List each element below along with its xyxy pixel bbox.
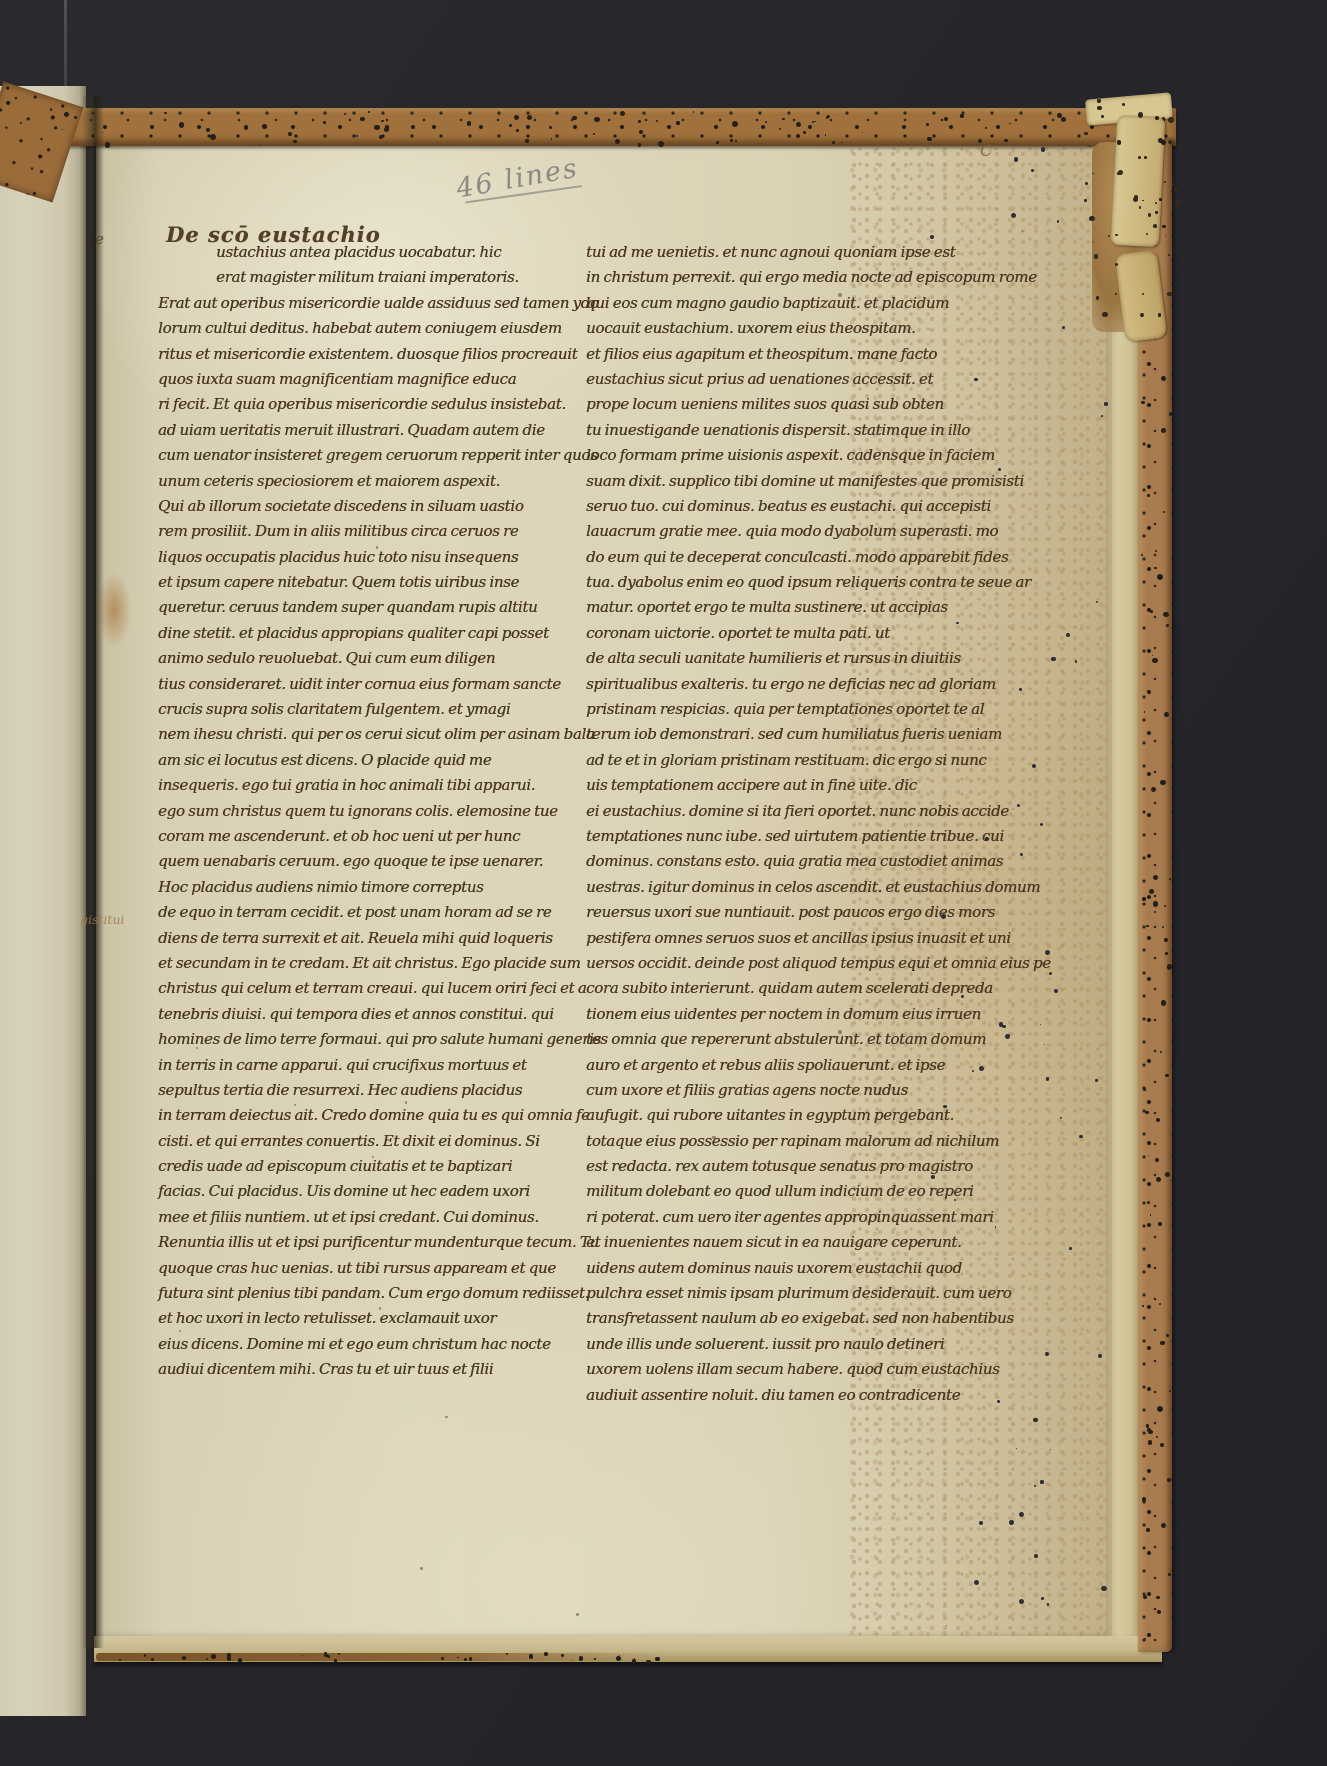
manuscript-line: liquos occupatis placidus huic toto nisu…: [158, 545, 550, 570]
ink-speckle: [732, 121, 738, 127]
manuscript-line: ego sum christus quem tu ignorans colis.…: [158, 799, 550, 824]
manuscript-line: do eum qui te deceperat conculcasti. mod…: [586, 545, 964, 570]
ink-speckle: [1168, 1573, 1170, 1575]
ink-speckle: [529, 1654, 534, 1659]
ink-speckle: [1138, 156, 1141, 159]
manuscript-line: homines de limo terre formaui. qui pro s…: [158, 1027, 550, 1052]
ink-speckle: [1019, 1599, 1024, 1604]
manuscript-line: et ipsum capere nitebatur. Quem totis ui…: [158, 570, 550, 595]
ink-speckle: [334, 1659, 337, 1662]
manuscript-line: mee et filiis nuntiem. ut et ipsi credan…: [158, 1205, 550, 1230]
manuscript-line: uis temptationem accipere aut in fine ui…: [586, 773, 964, 798]
manuscript-line: uersos occidit. deinde post aliquod temp…: [586, 951, 964, 976]
ink-speckle: [323, 121, 326, 124]
ink-speckle: [1092, 173, 1093, 174]
manuscript-line: ri fecit. Et quia operibus misericordie …: [158, 392, 550, 417]
ink-speckle: [1153, 901, 1158, 906]
manuscript-line: quos iuxta suam magnificentiam magnifice…: [158, 367, 550, 392]
manuscript-line: rem prosiliit. Dum in aliis militibus ci…: [158, 519, 550, 544]
ink-speckle: [1032, 764, 1037, 769]
ink-speckle: [1089, 145, 1091, 147]
manuscript-line: et inuenientes nauem sicut in ea nauigar…: [586, 1230, 964, 1255]
ink-speckle: [616, 1656, 621, 1661]
ink-speckle: [961, 995, 964, 998]
ink-speckle: [1148, 1430, 1153, 1435]
ink-speckle: [1047, 1603, 1050, 1606]
ink-speckle: [1101, 115, 1104, 118]
ink-speckle: [1160, 1051, 1162, 1053]
top-leather-edge: [0, 108, 1176, 146]
ink-speckle: [997, 1400, 1000, 1403]
ink-speckle: [979, 1066, 984, 1071]
ink-speckle: [1084, 199, 1087, 202]
ink-speckle: [1117, 140, 1122, 145]
ink-speckle: [260, 144, 261, 145]
ink-speckle: [1142, 897, 1145, 900]
ink-speckle: [716, 141, 720, 145]
ink-speckle: [1095, 1079, 1097, 1081]
manuscript-line: unum ceteris speciosiorem et maiorem asp…: [158, 469, 550, 494]
ink-speckle: [1155, 1158, 1159, 1162]
ink-speckle: [1160, 780, 1165, 785]
manuscript-line: et secundam in te credam. Et ait christu…: [158, 951, 550, 976]
ink-speckle: [796, 134, 800, 138]
ink-speckle: [1005, 1034, 1010, 1039]
gutter-shadow: [82, 96, 104, 1648]
manuscript-line: Qui ab illorum societate discedens in si…: [158, 494, 550, 519]
underleaf-edge: [1106, 146, 1140, 1648]
ink-speckle: [1101, 1586, 1106, 1591]
manuscript-line: dine stetit. et placidus appropians qual…: [158, 621, 550, 646]
manuscript-line: cora subito interierunt. quidam autem sc…: [586, 976, 964, 1001]
manuscript-line: in christum perrexit. qui ergo media noc…: [586, 265, 964, 290]
ink-speckle: [429, 1036, 432, 1039]
ink-speckle: [1140, 313, 1144, 317]
manuscript-line: eius dicens. Domine mi et ego eum christ…: [158, 1332, 550, 1357]
ink-speckle: [1141, 554, 1143, 556]
ink-speckle: [1101, 415, 1103, 417]
ink-speckle: [943, 1105, 947, 1109]
ink-speckle: [1168, 254, 1170, 256]
ink-speckle: [238, 1658, 242, 1662]
manuscript-line: pulchra esset nimis ipsam plurimum desid…: [586, 1281, 964, 1306]
ink-speckle: [376, 546, 378, 548]
ink-speckle: [516, 129, 519, 132]
ink-speckle: [1011, 213, 1016, 218]
manuscript-line: sepultus tertia die resurrexi. Hec audie…: [158, 1078, 550, 1103]
ink-speckle: [985, 127, 987, 129]
ink-speckle: [972, 1070, 974, 1072]
ink-speckle: [1066, 633, 1070, 637]
manuscript-line: Erat aut operibus misericordie ualde ass…: [158, 291, 550, 316]
ink-speckle: [1019, 1512, 1024, 1517]
ink-speckle: [1062, 326, 1065, 329]
ink-speckle: [1142, 1497, 1146, 1501]
ink-speckle: [288, 132, 292, 136]
manuscript-line: christus qui celum et terram creaui. qui…: [158, 976, 550, 1001]
manuscript-line: audiui dicentem mihi. Cras tu et uir tuu…: [158, 1357, 550, 1382]
manuscript-line: credis uade ad episcopum ciuitatis et te…: [158, 1154, 550, 1179]
ink-speckle: [646, 1660, 650, 1664]
ink-speckle: [196, 1047, 198, 1049]
ink-speckle: [1156, 1118, 1160, 1122]
ink-speckle: [974, 378, 978, 382]
ink-speckle: [1145, 1111, 1148, 1114]
manuscript-line: uxorem uolens illam secum habere. quod c…: [586, 1357, 964, 1382]
ink-speckle: [1161, 1523, 1166, 1528]
ink-speckle: [1115, 293, 1117, 295]
ink-speckle: [1117, 172, 1120, 175]
ink-speckle: [1165, 952, 1168, 955]
ink-speckle: [211, 1654, 216, 1659]
ink-speckle: [1108, 235, 1110, 237]
ink-speckle: [469, 1657, 472, 1660]
manuscript-line: Hoc placidus audiens nimio timore correp…: [158, 875, 550, 900]
ink-speckle: [1102, 312, 1108, 318]
ink-speckle: [985, 837, 989, 841]
ink-speckle: [1022, 231, 1023, 232]
manuscript-line: militum dolebant eo quod ullum indicium …: [586, 1179, 964, 1204]
ink-speckle: [1172, 183, 1174, 185]
ink-speckle: [227, 1657, 231, 1661]
ink-speckle: [1155, 116, 1159, 120]
manuscript-line: unde illis unde soluerent. iussit pro na…: [586, 1332, 964, 1357]
manuscript-line: coram me ascenderunt. et ob hoc ueni ut …: [158, 824, 550, 849]
margin-note: gistitui: [80, 912, 125, 927]
ink-speckle: [1138, 112, 1143, 117]
ink-speckle: [1040, 1480, 1043, 1483]
manuscript-line: ad uiam ueritatis meruit illustrari. Qua…: [158, 418, 550, 443]
manuscript-line: matur. oportet ergo te multa sustinere. …: [586, 595, 964, 620]
ink-speckle: [1033, 1418, 1038, 1423]
manuscript-line: tes omnia que repererunt abstulerunt. et…: [586, 1027, 964, 1052]
ink-speckle: [954, 1199, 956, 1201]
manuscript-line: quoque cras huc uenias. ut tibi rursus a…: [158, 1256, 550, 1281]
ink-speckle: [956, 622, 958, 624]
manuscript-line: tua. dyabolus enim eo quod ipsum relique…: [586, 570, 964, 595]
worn-corner-tab: [1111, 115, 1166, 247]
manuscript-line: cisti. et qui errantes conuertis. Et dix…: [158, 1129, 550, 1154]
manuscript-line: Renuntia illis ut et ipsi purificentur m…: [158, 1230, 550, 1255]
manuscript-line: suam dixit. supplico tibi domine ut mani…: [586, 469, 964, 494]
manuscript-line: nem ihesu christi. qui per os cerui sicu…: [158, 722, 550, 747]
manuscript-line: ad te et in gloriam pristinam restituam.…: [586, 748, 964, 773]
ink-speckle: [941, 914, 946, 919]
manuscript-line: insequeris. ego tui gratia in hoc animal…: [158, 773, 550, 798]
manuscript-line: pristinam respicias. quia per temptation…: [586, 697, 964, 722]
ink-speckle: [551, 138, 552, 139]
ink-speckle: [1155, 211, 1157, 213]
ink-speckle: [74, 116, 76, 118]
manuscript-line: am sic ei locutus est dicens. O placide …: [158, 748, 550, 773]
manuscript-line: aufugit. qui rubore uitantes in egyptum …: [586, 1103, 964, 1128]
manuscript-line: qui eos cum magno gaudio baptizauit. et …: [586, 291, 964, 316]
manuscript-line: lauacrum gratie mee. quia modo dyabolum …: [586, 519, 964, 544]
manuscript-line: de alta seculi uanitate humilieris et ru…: [586, 646, 964, 671]
manuscript-line: futura sint plenius tibi pandam. Cum erg…: [158, 1281, 550, 1306]
ink-speckle: [206, 1658, 208, 1660]
manuscript-line: de equo in terram cecidit. et post unam …: [158, 900, 550, 925]
ink-speckle: [1017, 804, 1020, 807]
ink-speckle: [467, 121, 471, 125]
ink-speckle: [1141, 401, 1145, 405]
ink-speckle: [707, 963, 708, 964]
ink-speckle: [593, 133, 595, 135]
manuscript-line: ritus et misericordie existentem. duosqu…: [158, 342, 550, 367]
manuscript-line: in terram deiectus ait. Credo domine qui…: [158, 1103, 550, 1128]
ink-speckle: [757, 659, 760, 662]
manuscript-line: ei eustachius. domine si ita fieri oport…: [586, 799, 964, 824]
ink-speckle: [1180, 147, 1183, 150]
ink-speckle: [262, 124, 267, 129]
text-column-left: ustachius antea placidus uocabatur. hice…: [158, 240, 550, 1383]
ink-speckle: [1161, 428, 1166, 433]
ink-speckle: [1164, 712, 1169, 717]
manuscript-line: tius consideraret. uidit inter cornua ei…: [158, 672, 550, 697]
manuscript-line: animo sedulo reuoluebat. Qui cum eum dil…: [158, 646, 550, 671]
ink-speckle: [1175, 200, 1181, 206]
ink-speckle: [1104, 402, 1107, 405]
ink-speckle: [1144, 1638, 1146, 1640]
ink-speckle: [1009, 1520, 1014, 1525]
ink-speckle: [1180, 258, 1183, 261]
manuscript-line: erat magister militum traiani imperatori…: [158, 265, 550, 290]
ink-speckle: [249, 1226, 250, 1227]
manuscript-line: temptationes nunc iube. sed uirtutem pat…: [586, 824, 964, 849]
ink-speckle: [594, 117, 599, 122]
manuscript-line: coronam uictorie. oportet te multa pati.…: [586, 621, 964, 646]
manuscript-line: ri poterat. cum uero iter agentes approp…: [586, 1205, 964, 1230]
manuscript-line: audiuit assentire noluit. diu tamen eo c…: [586, 1383, 964, 1408]
manuscript-line: facias. Cui placidus. Uis domine ut hec …: [158, 1179, 550, 1204]
manuscript-line: diens de terra surrexit et ait. Reuela m…: [158, 926, 550, 951]
ink-speckle: [730, 139, 733, 142]
ink-speckle: [926, 123, 929, 126]
manuscript-line: tui ad me uenietis. et nunc agnoui quoni…: [586, 240, 964, 265]
ink-speckle: [1155, 550, 1157, 552]
manuscript-line: transfretassent naulum ab eo exigebat. s…: [586, 1306, 964, 1331]
facing-page-edge: [0, 86, 86, 1716]
ink-speckle: [676, 121, 679, 124]
ink-speckle: [931, 1175, 935, 1179]
ink-speckle: [862, 132, 863, 133]
ink-speckle: [1154, 567, 1156, 569]
manuscript-line: crucis supra solis claritatem fulgentem.…: [158, 697, 550, 722]
ink-speckle: [445, 1416, 448, 1419]
ink-speckle: [1143, 1595, 1147, 1599]
margin-guide-letter: e: [95, 230, 104, 248]
manuscript-line: in terris in carne apparui. qui crucifix…: [158, 1053, 550, 1078]
ink-speckle: [210, 134, 216, 140]
ink-speckle: [379, 135, 383, 139]
manuscript-line: terum iob demonstrari. sed cum humiliatu…: [586, 722, 964, 747]
ink-speckle: [632, 1659, 637, 1664]
ink-speckle: [1146, 233, 1148, 235]
manuscript-line: tenebris diuisi. qui tempora dies et ann…: [158, 1002, 550, 1027]
manuscript-line: uocauit eustachium. uxorem eius theospit…: [586, 316, 964, 341]
corner-letter-mark: C: [980, 141, 992, 160]
ink-speckle: [1040, 1024, 1041, 1025]
manuscript-line: loco formam prime uisionis aspexit. cade…: [586, 443, 964, 468]
text-column-right: tui ad me uenietis. et nunc agnoui quoni…: [586, 240, 964, 1408]
ink-speckle: [1153, 224, 1157, 228]
ink-speckle: [1161, 1000, 1167, 1006]
manuscript-line: pestifera omnes seruos suos et ancillas …: [586, 926, 964, 951]
ink-speckle: [1174, 187, 1179, 192]
ink-speckle: [324, 1654, 328, 1658]
ink-speckle: [1096, 296, 1099, 299]
ink-speckle: [1160, 1341, 1165, 1346]
ink-speckle: [1148, 1440, 1153, 1445]
ink-speckle: [1143, 1088, 1146, 1091]
ink-speckle: [693, 111, 694, 112]
ink-speckle: [544, 1652, 548, 1656]
ink-speckle: [1158, 313, 1162, 317]
ink-speckle: [1167, 964, 1172, 969]
ink-speckle: [405, 1101, 407, 1103]
ink-speckle: [1097, 106, 1101, 110]
manuscript-line: lorum cultui deditus. habebat autem coni…: [158, 316, 550, 341]
ink-speckle: [1152, 658, 1157, 663]
manuscript-line: uestras. igitur dominus in celos ascendi…: [586, 875, 964, 900]
manuscript-line: eustachius sicut prius ad uenationes acc…: [586, 367, 964, 392]
ink-speckle: [1097, 99, 1100, 102]
manuscript-photo: 46 lines C e gistitui De scō eustachio u…: [0, 0, 1327, 1766]
right-leather-edge: [1138, 140, 1172, 1652]
ink-speckle: [1041, 1597, 1044, 1600]
manuscript-line: uidens autem dominus nauis uxorem eustac…: [586, 1256, 964, 1281]
ink-speckle: [960, 114, 963, 117]
ink-speckle: [572, 116, 576, 120]
ink-speckle: [944, 117, 948, 121]
ink-speckle: [1150, 1214, 1151, 1215]
ink-speckle: [374, 125, 379, 130]
manuscript-line: totaque eius possessio per rapinam malor…: [586, 1129, 964, 1154]
ink-speckle: [1161, 376, 1166, 381]
manuscript-line: et filios eius agapitum et theospitum. m…: [586, 342, 964, 367]
manuscript-line: cum uxore et filiis gratias agens nocte …: [586, 1078, 964, 1103]
manuscript-line: spiritualibus exalteris. tu ergo ne defi…: [586, 672, 964, 697]
ink-speckle: [509, 124, 512, 127]
manuscript-line: tionem eius uidentes per noctem in domum…: [586, 1002, 964, 1027]
ink-speckle: [638, 143, 641, 146]
ink-speckle: [1147, 1201, 1150, 1204]
ink-speckle: [561, 1654, 564, 1657]
ink-speckle: [1069, 1247, 1072, 1250]
manuscript-line: cum uenator insisteret gregem ceruorum r…: [158, 443, 550, 468]
ink-speckle: [1147, 494, 1150, 497]
manuscript-line: tu inuestigande uenationis dispersit. st…: [586, 418, 964, 443]
manuscript-line: est redacta. rex autem totusque senatus …: [586, 1154, 964, 1179]
ink-speckle: [1094, 254, 1099, 259]
ink-speckle: [164, 112, 167, 115]
ink-speckle: [1158, 138, 1163, 143]
ink-speckle: [579, 1656, 583, 1660]
ink-speckle: [105, 142, 111, 148]
ink-speckle: [1169, 412, 1173, 416]
manuscript-line: seruo tuo. cui dominus. beatus es eustac…: [586, 494, 964, 519]
ink-speckle: [1164, 938, 1168, 942]
ink-speckle: [1046, 1077, 1050, 1081]
manuscript-line: et hoc uxori in lecto retulisset. exclam…: [158, 1306, 550, 1331]
ink-speckle: [825, 134, 826, 135]
ink-speckle: [1002, 1025, 1006, 1029]
ink-speckle: [1158, 1222, 1161, 1225]
ink-speckle: [1041, 147, 1045, 151]
manuscript-line: prope locum ueniens milites suos quasi s…: [586, 392, 964, 417]
ink-speckle: [144, 1654, 147, 1657]
ink-speckle: [838, 1030, 842, 1034]
manuscript-line: quem uenabaris ceruum. ego quoque te ips…: [158, 849, 550, 874]
manuscript-line: reuersus uxori sue nuntiauit. post pauco…: [586, 900, 964, 925]
manuscript-line: queretur. ceruus tandem super quandam ru…: [158, 595, 550, 620]
ink-speckle: [594, 1658, 595, 1659]
ink-speckle: [1019, 688, 1021, 690]
ink-speckle: [1004, 139, 1008, 143]
manuscript-line: dominus. constans esto. quia gratia mea …: [586, 849, 964, 874]
manuscript-line: ustachius antea placidus uocabatur. hic: [158, 240, 550, 265]
ink-speckle: [179, 122, 184, 127]
ink-speckle: [779, 128, 781, 130]
manuscript-line: auro et argento et rebus aliis spoliauer…: [586, 1053, 964, 1078]
